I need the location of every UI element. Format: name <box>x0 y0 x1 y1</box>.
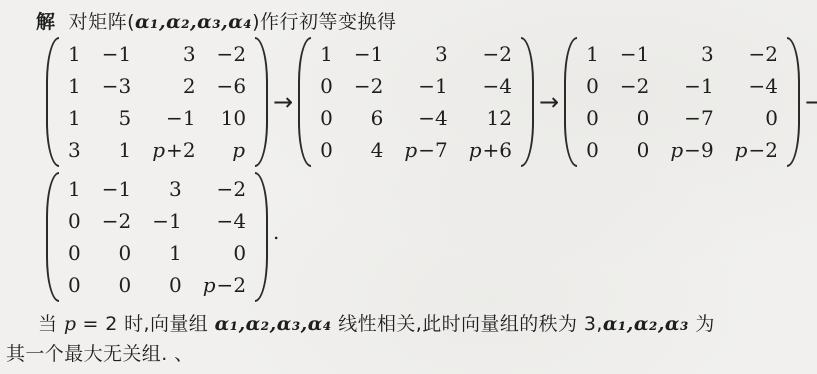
matrix-cell: 0 <box>320 106 333 130</box>
matrix-cell: 3 <box>68 138 81 162</box>
matrix-cell: 6 <box>371 106 384 130</box>
matrix-cell: 2 <box>183 74 196 98</box>
matrix-cell: −1 <box>102 42 132 66</box>
matrix-cell: −4 <box>217 209 247 233</box>
matrix-cell: 0 <box>637 138 650 162</box>
matrix-grid: 1−13−20−2−1−406−41204p−7p+6 <box>311 37 521 167</box>
left-paren <box>46 37 59 167</box>
matrix-cell: −1 <box>152 209 182 233</box>
matrix-chain-line: 1−13−21−32−615−11031p+2p → 1−13−20−2−1−4… <box>46 37 817 167</box>
right-paren <box>787 37 800 167</box>
left-paren <box>46 172 59 302</box>
text-segment: α₁,α₂,α₃,α₄ <box>135 11 252 33</box>
arrow-right-icon: → <box>534 90 564 114</box>
matrix-cell: 1 <box>320 42 333 66</box>
textbook-page: 解 对矩阵(α₁,α₂,α₃,α₄)作行初等变换得 1−13−21−32−615… <box>0 0 817 374</box>
matrix-cell: p+6 <box>469 138 512 162</box>
matrix-cell: 0 <box>68 209 81 233</box>
sentence-period: . <box>273 220 279 244</box>
conclusion-line-2: 其一个最大无关组. 、 <box>6 339 817 369</box>
arrow-right-icon: → <box>268 90 298 114</box>
text-segment: 解 <box>36 11 56 33</box>
matrix-cell: 1 <box>68 42 81 66</box>
matrix-cell: −4 <box>748 74 778 98</box>
matrix-cell: 0 <box>233 241 246 265</box>
matrix-cell: 10 <box>221 106 246 130</box>
matrix-cell: 1 <box>586 42 599 66</box>
matrix-cell: 1 <box>68 177 81 201</box>
text-segment: = 2 时,向量组 <box>76 313 215 335</box>
matrix-cell: p−7 <box>404 138 447 162</box>
matrix-cell: −6 <box>217 74 247 98</box>
matrix-cell: −1 <box>354 42 384 66</box>
text-segment: α₁,α₂,α₃ <box>603 313 689 335</box>
left-paren <box>298 37 311 167</box>
matrix-grid: 1−13−20−2−1−40010000p−2 <box>59 172 255 302</box>
matrix-cell: −2 <box>748 42 778 66</box>
matrix-cell: −1 <box>620 42 650 66</box>
original-matrix: 1−13−21−32−615−11031p+2p <box>46 37 268 167</box>
conclusion-paragraph: 当 p = 2 时,向量组 α₁,α₂,α₃,α₄ 线性相关,此时向量组的秩为 … <box>0 309 817 369</box>
matrix-cell: −1 <box>684 74 714 98</box>
matrix-cell: 3 <box>183 42 196 66</box>
matrix-cell: −2 <box>217 42 247 66</box>
left-paren <box>564 37 577 167</box>
text-segment: )作行初等变换得 <box>252 11 396 33</box>
matrix-grid: 1−13−20−2−1−400−7000p−9p−2 <box>577 37 787 167</box>
final-matrix: 1−13−20−2−1−40010000p−2 <box>46 172 268 302</box>
matrix-cell: 0 <box>586 106 599 130</box>
matrix-cell: 0 <box>169 273 182 297</box>
matrix-cell: 3 <box>169 177 182 201</box>
matrix-cell: 0 <box>586 138 599 162</box>
conclusion-line-1: 当 p = 2 时,向量组 α₁,α₂,α₃,α₄ 线性相关,此时向量组的秩为 … <box>38 309 817 339</box>
matrix-cell: 0 <box>320 74 333 98</box>
text-segment: α₁,α₂,α₃,α₄ <box>215 313 332 335</box>
matrix-cell: −2 <box>620 74 650 98</box>
matrix-cell: p−2 <box>735 138 778 162</box>
step-3-matrix: 1−13−20−2−1−400−7000p−9p−2 <box>564 37 800 167</box>
matrix-cell: −2 <box>217 177 247 201</box>
matrix-cell: 0 <box>586 74 599 98</box>
matrix-cell: −4 <box>483 74 513 98</box>
arrow-right-icon: → <box>800 90 817 114</box>
matrix-cell: 12 <box>487 106 512 130</box>
matrix-cell: −1 <box>102 177 132 201</box>
matrix-cell: 0 <box>68 273 81 297</box>
matrix-cell: 0 <box>119 241 132 265</box>
matrix-cell: 5 <box>119 106 132 130</box>
matrix-cell: 3 <box>701 42 714 66</box>
matrix-cell: −1 <box>166 106 196 130</box>
matrix-cell: −2 <box>483 42 513 66</box>
solution-heading: 解 对矩阵(α₁,α₂,α₃,α₄)作行初等变换得 <box>0 0 817 34</box>
text-segment: 为 <box>689 313 715 335</box>
matrix-cell: −4 <box>418 106 448 130</box>
matrix-cell: 4 <box>371 138 384 162</box>
step-2-matrix: 1−13−20−2−1−406−41204p−7p+6 <box>298 37 534 167</box>
right-paren <box>255 172 268 302</box>
right-paren <box>521 37 534 167</box>
text-segment: p <box>64 313 76 335</box>
matrix-result-line: 1−13−20−2−1−40010000p−2 . <box>46 172 817 302</box>
matrix-cell: 1 <box>68 74 81 98</box>
matrix-cell: −7 <box>684 106 714 130</box>
text-segment: 当 <box>38 313 64 335</box>
text-segment: 其一个最大无关组. 、 <box>6 343 193 365</box>
matrix-cell: 1 <box>119 138 132 162</box>
matrix-cell: 1 <box>169 241 182 265</box>
matrix-cell: −2 <box>102 209 132 233</box>
matrix-cell: −3 <box>102 74 132 98</box>
right-paren <box>255 37 268 167</box>
matrix-cell: 1 <box>68 106 81 130</box>
matrix-cell: 0 <box>68 241 81 265</box>
matrix-cell: 3 <box>435 42 448 66</box>
matrix-grid: 1−13−21−32−615−11031p+2p <box>59 37 255 167</box>
matrix-cell: 0 <box>637 106 650 130</box>
matrix-cell: 0 <box>765 106 778 130</box>
matrix-cell: −2 <box>354 74 384 98</box>
matrix-cell: p <box>232 138 246 162</box>
matrix-cell: 0 <box>320 138 333 162</box>
matrix-cell: p−9 <box>670 138 713 162</box>
text-segment: 对矩阵( <box>56 11 136 33</box>
matrix-cell: −1 <box>418 74 448 98</box>
matrix-cell: p+2 <box>152 138 195 162</box>
matrix-cell: 0 <box>119 273 132 297</box>
text-segment: 线性相关,此时向量组的秩为 3, <box>332 313 603 335</box>
matrix-cell: p−2 <box>203 273 246 297</box>
